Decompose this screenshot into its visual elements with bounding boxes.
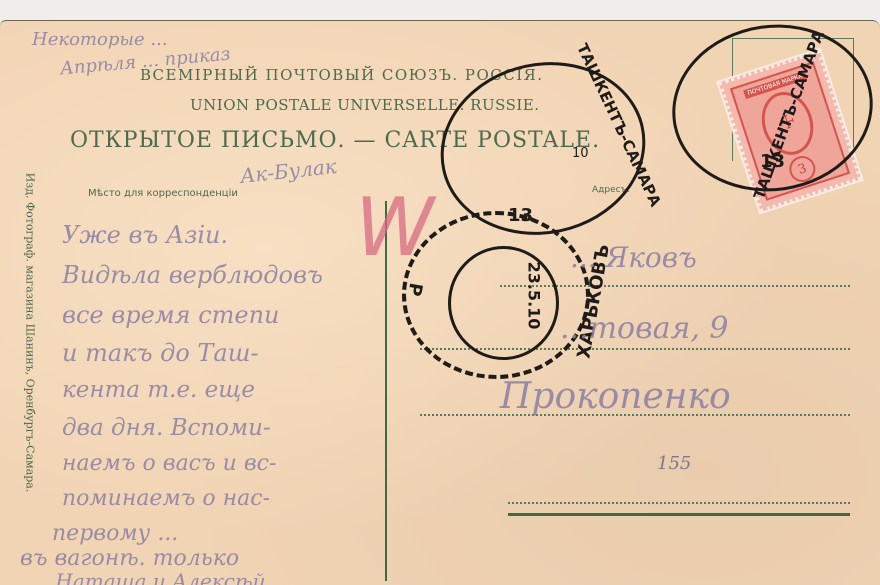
postmark-date: 10 <box>572 146 589 161</box>
address-street: ...товая, 9 <box>560 311 729 346</box>
message-line: ... Наташа и Алексѣй <box>30 569 266 585</box>
message-line: наемъ о васъ и вс- <box>62 451 276 476</box>
message-line: въ вагонѣ. только <box>20 546 239 571</box>
pencil-number: 155 <box>657 453 691 474</box>
address-underline <box>508 513 850 516</box>
postmark-number: 13 <box>760 151 785 172</box>
handwritten-note: Некоторые ... <box>32 29 168 50</box>
address-line <box>508 502 850 504</box>
message-line: кента т.е. еще <box>62 377 255 403</box>
address-recipient: ... Яковъ <box>570 241 697 274</box>
handwritten-location: Ак-Булак <box>239 154 338 188</box>
message-line: Уже въ Азіи. <box>62 221 228 249</box>
red-crayon-mark: W <box>355 181 434 274</box>
message-line: все время степи <box>62 301 280 329</box>
correspondence-label: Мѣсто для корреспонденціи <box>88 188 238 199</box>
message-line: и такъ до Таш- <box>62 339 259 367</box>
postcard: ВСЕМІРНЫЙ ПОЧТОВЫЙ СОЮЗЪ. РОССІЯ. UNION … <box>0 20 880 585</box>
address-name: Прокопенко <box>500 376 731 417</box>
postmark-date: 23.5.10 <box>524 262 543 330</box>
publisher-imprint: Изд. Фотограф. магазина Шанинъ, Оренбург… <box>24 133 37 533</box>
message-line: поминаемъ о нас- <box>62 486 270 511</box>
message-line: два дня. Вспоми- <box>62 415 271 441</box>
message-line: Видѣла верблюдовъ <box>62 261 323 289</box>
message-line: первому ... <box>52 521 178 546</box>
